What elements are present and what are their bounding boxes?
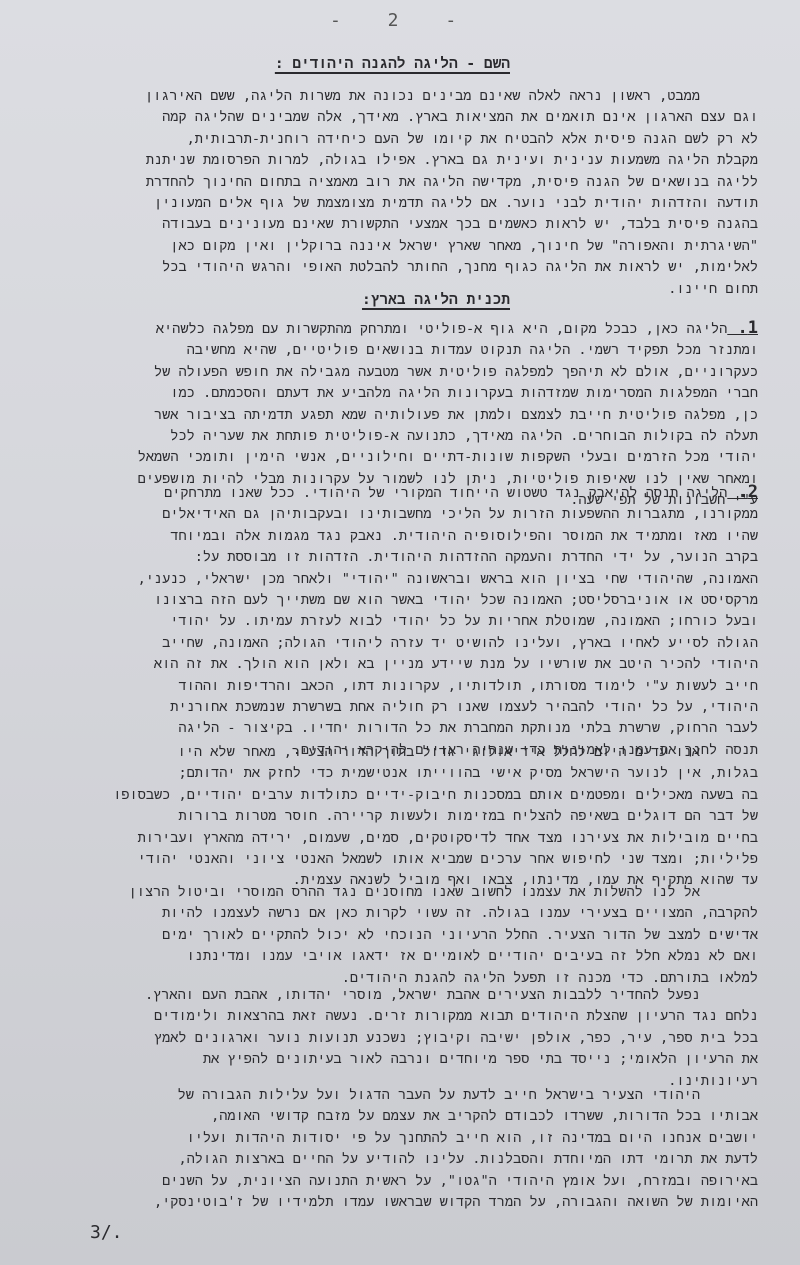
text-line: 2. הליגה תנסה להיאבק נגד טשטוש הייחוד המ… (30, 482, 758, 504)
text-line: "השיגרתית והאפורה" של חינוך, מאחר שארץ י… (30, 236, 758, 257)
text-line: של דבר הם דוגלים בשאיפה להצליח במזימות ו… (30, 806, 758, 827)
text-line: מקבלת הליגה משמעות ענינית ועינית גם בארץ… (30, 150, 758, 171)
text-line: חברי המפלגות המסרימות שמזדהות בעקרונות ה… (30, 383, 758, 404)
text-line: היהודי, על כל יהודי להבהיר לעצמו שאנו רק… (30, 697, 758, 718)
paragraph-jewish-history: היהודי הצעיר בישראל חייב לדעת על העבר הד… (30, 1085, 758, 1213)
text-line: בכל בית ספר, עיר, כפר, אולפן ישיבה וקיבו… (30, 1028, 758, 1049)
text-line: אבותיו בכל הדורות, ששרדו לכבודם להקריב א… (30, 1106, 758, 1127)
paragraph-moral-decay: אל לנו להשלות את עצמנו לחשוב שאנו מחוסני… (30, 882, 758, 989)
text-line: נפעל להחדיר ללבבות הצעירים אהבת ישראל, מ… (30, 985, 758, 1006)
paragraph-ideological-void: אנו עדים היום לחלל אידיאולוגי גדול בתוך … (30, 742, 758, 892)
document-page: - 2 - השם - הליגה להגנה היהודים : ממבט, … (0, 0, 800, 1265)
page-number: - 2 - (330, 10, 474, 31)
text-line: אנו עדים היום לחלל אידיאולוגי גדול בתוך … (30, 742, 758, 763)
text-line: ממקורנו, מתגברות ההשפעות הזרות על הליכי … (30, 504, 758, 525)
text-line: בחיים מובילות את צעירנו מצד אחד לדיסקוטק… (30, 828, 758, 849)
text-line: בה בשעה מאכילים ומפטמים אותם במסכנות חיב… (30, 785, 758, 806)
paragraph-item-2: 2. הליגה תנסה להיאבק נגד טשטוש הייחוד המ… (30, 482, 758, 761)
item-number: 2. (727, 482, 758, 502)
text-line: נלחם נגד הרעיון שהצלת היהודים תבוא ממקור… (30, 1006, 758, 1027)
text-line: בגלות, אין לנוער הישראל מסיק אישי בהוויי… (30, 763, 758, 784)
text-line: אדישים למצב של הדור הצעיר. החלל הרעיוני … (30, 925, 758, 946)
text-line: תודעה והזדהות יהודית לבני נוער. אם לליגה… (30, 193, 758, 214)
text-line: בהגנה פיסית בלבד, יש לראות כאשמים בכך אמ… (30, 214, 758, 235)
item-number: 1. (727, 318, 758, 338)
text-line: האמונה, שהיהודי שחי בציון הוא בראש ובראש… (30, 569, 758, 590)
text-line: 1. הליגה כאן, כבכל מקום, היא גוף א-פוליט… (30, 318, 758, 340)
text-line: לא רק לשם הגנה פיסית אלא להבטיח את קיומו… (30, 129, 758, 150)
text-line: היהודי להכיר היטב את שורשיו על מנת שיידע… (30, 654, 758, 675)
text-line: ממבט, ראשון נראה לאלה שאינם מבינים נכונה… (30, 86, 758, 107)
text-line: תעלה לה בקולות הבוחרים. הליגה מאידך, כתנ… (30, 426, 758, 447)
text-line: היהודי הצעיר בישראל חייב לדעת על העבר הד… (30, 1085, 758, 1106)
paragraph-education: נפעל להחדיר ללבבות הצעירים אהבת ישראל, מ… (30, 985, 758, 1092)
text-line: באירופה ובמזרח, ועל אומץ היהודי ה"גטו", … (30, 1171, 758, 1192)
text-line: האיומות של השואה והגבורה, על המרד הקדוש … (30, 1192, 758, 1213)
text-line: יהודי מכל הזרמים ובעלי השקפות שונות-דתיי… (30, 447, 758, 468)
text-line: לאלימות, יש לראות את הליגה כגוף מחנך, הח… (30, 257, 758, 278)
text-line: בקרב הנוער, על ידי החדרת והעמקה ההזדהות … (30, 547, 758, 568)
section-title-program: תכנית הליגה בארץ: (362, 292, 510, 309)
text-line: מרקסיסט או אוניברסליסט; האמונה שכל יהודי… (30, 590, 758, 611)
text-line: ומתנזר מכל תפקיד רשמי. הליגה תנקוט עמדות… (30, 340, 758, 361)
text-line: הגולה לסייע לאחיו בארץ, ועלינו להושיט יד… (30, 633, 758, 654)
text-line: שהיו מאז ומתמיד את המוסר והפילוסופיה היה… (30, 526, 758, 547)
text-line: ובעל כורחו; האמונה, שמוטלת אחריות על כל … (30, 611, 758, 632)
text-line: את הרעיון הלאומי; נייסד בתי ספר מיוחדים … (30, 1049, 758, 1070)
section-title-name: השם - הליגה להגנה היהודים : (275, 56, 510, 73)
text-line: לעבר הרחוק, שרשרת בלתי מנותקת המחברת את … (30, 718, 758, 739)
text-line: כן, מפלגה פוליטית חייבת לצמצם ולמתן את פ… (30, 405, 758, 426)
paragraph-league-name: ממבט, ראשון נראה לאלה שאינם מבינים נכונה… (30, 86, 758, 300)
text-line: אל לנו להשלות את עצמנו לחשוב שאנו מחוסני… (30, 882, 758, 903)
continuation-marker: 3/. (90, 1222, 123, 1243)
text-line: להקרבה, המצויים בצעירי עמנו בגולה. זה עש… (30, 903, 758, 924)
text-line: וגם עצם הארגון אינם תואמים את המציאות בא… (30, 107, 758, 128)
text-line: לדעת את תרומי דתו המיוחדת והסבלנות. עלינ… (30, 1149, 758, 1170)
text-line: לליגה בנושאים של הגנה פיסית, מקדישה הליג… (30, 172, 758, 193)
text-line: חייב לעשות ע"י לימוד מסורתו, תולדותיו, ע… (30, 676, 758, 697)
text-line: ואם לא נמלא חלל זה בעיבים יהודיים לאומיי… (30, 946, 758, 967)
text-line: כעקרוניים, אולם לא תיהפך למפלגה פוליטית … (30, 362, 758, 383)
text-line: יושבים אנחנו היום במדינה זו, הוא חייב לה… (30, 1128, 758, 1149)
text-line: פליליות; ומצד שני לחיפוש אחר ערכים שמביא… (30, 849, 758, 870)
